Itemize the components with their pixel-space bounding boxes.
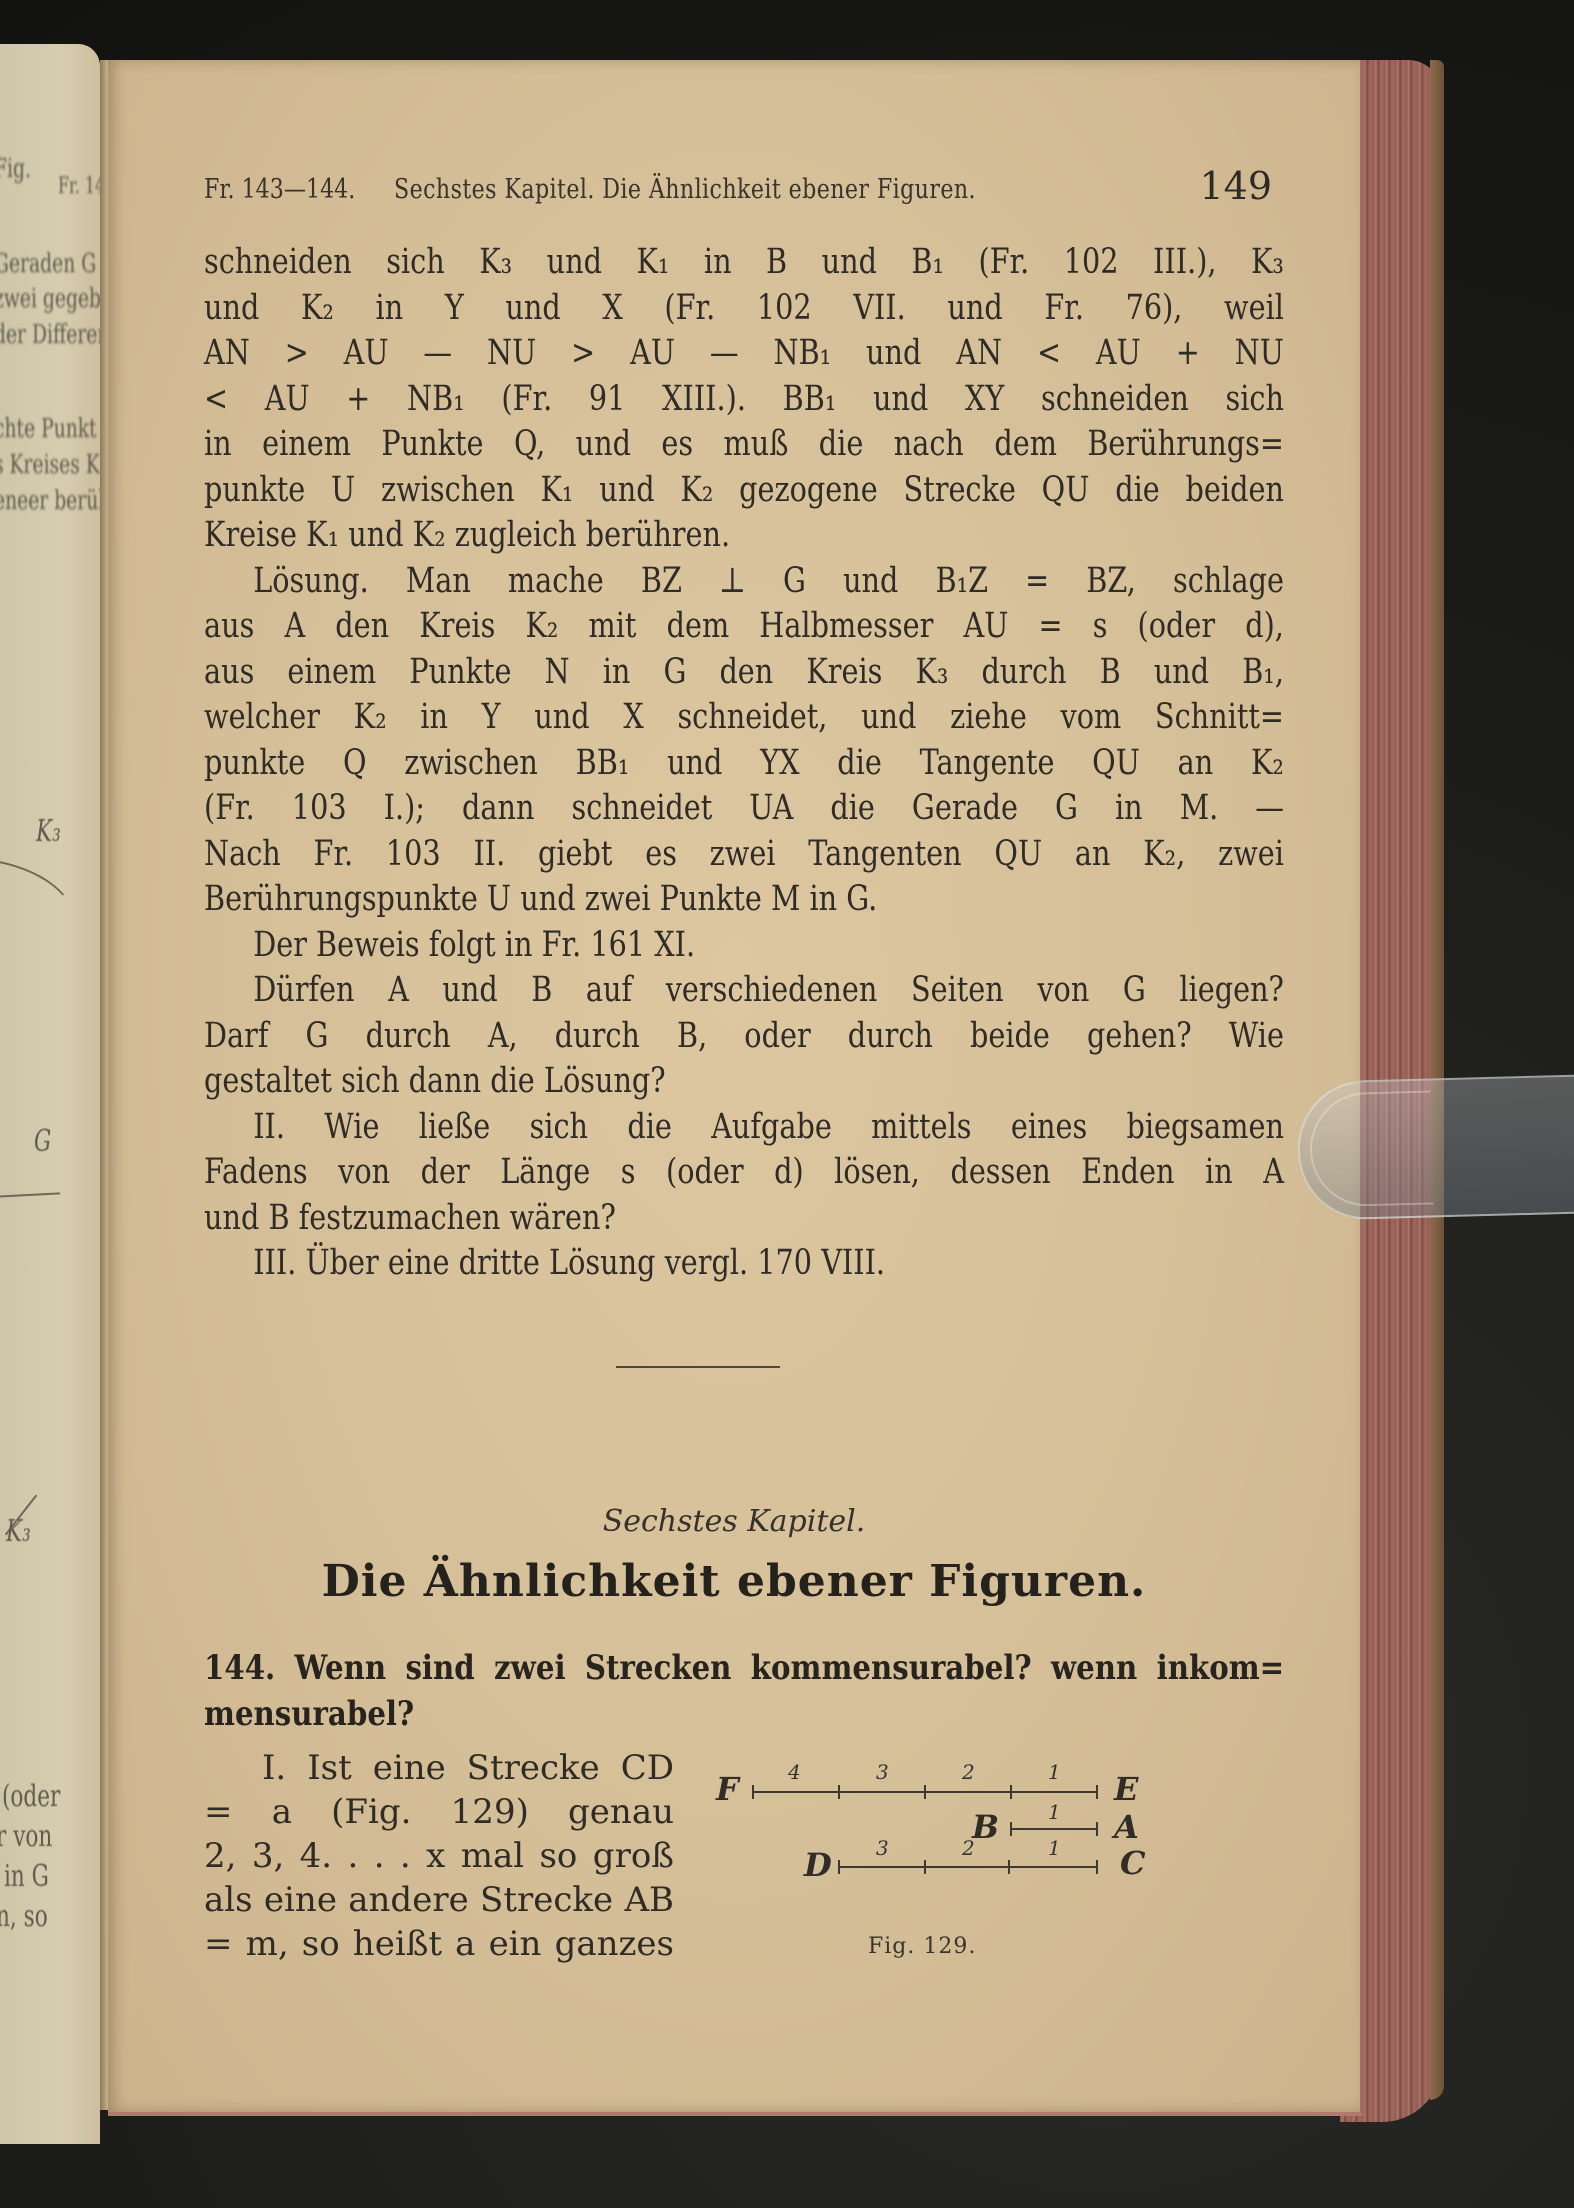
figure-label-c: C [1120, 1844, 1145, 1882]
text-line-loesung: Lösung. Man mache BZ ⊥ G und B₁Z = BZ, s… [204, 559, 1284, 605]
tick [1008, 1860, 1010, 1874]
tick [924, 1860, 926, 1874]
book-gutter [100, 60, 108, 2110]
section-divider-rule [616, 1366, 780, 1368]
figure-number: 2 [962, 1760, 975, 1784]
text-line: Fadens von der Länge s (oder d) lösen, d… [204, 1150, 1284, 1196]
figure-number: 1 [1048, 1836, 1061, 1860]
text-line: Berührungspunkte U und zwei Punkte M in … [204, 877, 1284, 923]
text-line: gestaltet sich dann die Lösung? [204, 1059, 1284, 1105]
text-line-item-iii: III. Über eine dritte Lösung vergl. 170 … [204, 1241, 1284, 1287]
figure-label-a: A [1114, 1808, 1139, 1846]
figure-number: 1 [1048, 1760, 1061, 1784]
text-line: Darf G durch A, durch B, oder durch beid… [204, 1014, 1284, 1060]
figure-number: 2 [962, 1836, 975, 1860]
column-text: I. Ist eine Strecke CD = a (Fig. 129) ge… [204, 1746, 674, 1966]
figure-label-b: B [972, 1808, 999, 1846]
tick [924, 1785, 926, 1799]
text-line: und B festzumachen wären? [204, 1196, 1284, 1242]
figure-number: 4 [788, 1760, 801, 1784]
running-head: Fr. 143—144. Sechstes Kapitel. Die Ähnli… [204, 164, 1284, 214]
tick [1096, 1860, 1098, 1874]
question-heading: 144. Wenn sind zwei Strecken kommensurab… [204, 1648, 1284, 1688]
left-page-fragment: in G [4, 1859, 49, 1894]
text-line: = a (Fig. 129) genau [204, 1790, 674, 1834]
text-line-item-ii: II. Wie ließe sich die Aufgabe mittels e… [204, 1105, 1284, 1151]
left-page-fragment: s Kreises K [0, 450, 100, 480]
text-line: schneiden sich K₃ und K₁ in B und B₁ (Fr… [204, 240, 1284, 286]
chapter-title: Die Ähnlichkeit ebener Figuren. [108, 1556, 1360, 1607]
text-line: und K₂ in Y und X (Fr. 102 VII. und Fr. … [204, 286, 1284, 332]
text-line: aus einem Punkte N in G den Kreis K₃ dur… [204, 650, 1284, 696]
segment-ba [1010, 1828, 1098, 1830]
figure-caption: Fig. 129. [868, 1934, 976, 1959]
body-text: schneiden sich K₃ und K₁ in B und B₁ (Fr… [204, 240, 1284, 1287]
tick [1096, 1785, 1098, 1799]
text-line: = m, so heißt a ein ganzes [204, 1922, 674, 1966]
tick [838, 1860, 840, 1874]
left-page-fragment: Fr. 14 [58, 174, 100, 199]
text-line: als eine andere Strecke AB [204, 1878, 674, 1922]
left-figure-line-g [0, 1192, 60, 1197]
left-figure-label-k3b: K₃ [6, 1514, 31, 1549]
figure-label-e: E [1114, 1770, 1138, 1808]
left-figure-arc [0, 845, 81, 947]
section-reference: Fr. 143—144. [204, 174, 355, 205]
left-page-fragment: (oder [2, 1779, 60, 1814]
figure-number: 3 [876, 1836, 889, 1860]
clip-highlight [1309, 1090, 1434, 1207]
text-line: punkte U zwischen K₁ und K₂ gezogene Str… [204, 468, 1284, 514]
book-page: Fr. 143—144. Sechstes Kapitel. Die Ähnli… [108, 60, 1363, 2116]
figure-number: 3 [876, 1760, 889, 1784]
text-line: 2, 3, 4. . . . x mal so groß [204, 1834, 674, 1878]
text-line: punkte Q zwischen BB₁ und YX die Tangent… [204, 741, 1284, 787]
figure-number: 1 [1048, 1800, 1061, 1824]
tick [838, 1785, 840, 1799]
figure-label-f: F [716, 1770, 739, 1808]
tick [1010, 1822, 1012, 1836]
text-line: AN > AU — NU > AU — NB₁ und AN < AU + NU [204, 331, 1284, 377]
left-page-fragment: Fig. [0, 154, 31, 184]
left-page-fragment: zwei gegeben [0, 284, 100, 314]
text-line: Nach Fr. 103 II. giebt es zwei Tangenten… [204, 832, 1284, 878]
left-figure-label-k3: K₃ [36, 814, 61, 849]
tick [1010, 1785, 1012, 1799]
running-head-chapter: Sechstes Kapitel. Die Ähnlichkeit ebener… [394, 174, 976, 205]
plastic-page-clip [1296, 1074, 1574, 1221]
question-heading-cont: mensurabel? [204, 1694, 1133, 1734]
text-line: I. Ist eine Strecke CD [204, 1746, 674, 1790]
left-page-fragment: r von [0, 1819, 52, 1854]
text-line: in einem Punkte Q, und es muß die nach d… [204, 422, 1284, 468]
left-page-fragment: eneer berühr [0, 486, 100, 516]
text-line: (Fr. 103 I.); dann schneidet UA die Gera… [204, 786, 1284, 832]
text-line: welcher K₂ in Y und X schneidet, und zie… [204, 695, 1284, 741]
left-figure-label-g: G [34, 1124, 51, 1159]
left-page-fragment: chte Punkt M [0, 414, 100, 444]
text-line: < AU + NB₁ (Fr. 91 XIII.). BB₁ und XY sc… [204, 377, 1284, 423]
chapter-label: Sechstes Kapitel. [108, 1504, 1360, 1539]
text-line: aus A den Kreis K₂ mit dem Halbmesser AU… [204, 604, 1284, 650]
left-facing-page: Fig. Fr. 14 Geraden G ein zwei gegeben d… [0, 44, 100, 2144]
text-line-beweis: Der Beweis folgt in Fr. 161 XI. [204, 923, 1284, 969]
left-page-fragment: der Differenz [0, 320, 100, 350]
tick [1096, 1822, 1098, 1836]
left-page-fragment: Geraden G ein [0, 249, 100, 279]
page-number: 149 [1199, 164, 1272, 208]
text-line: Kreise K₁ und K₂ zugleich berühren. [204, 513, 1284, 559]
text-line: Dürfen A und B auf verschiedenen Seiten … [204, 968, 1284, 1014]
figure-129: F 4 3 2 1 E B 1 A D 3 2 1 C [708, 1740, 1188, 1920]
segment-dc [838, 1866, 1098, 1868]
tick [752, 1785, 754, 1799]
left-page-fragment: n, so [0, 1899, 48, 1934]
figure-label-d: D [804, 1846, 832, 1884]
